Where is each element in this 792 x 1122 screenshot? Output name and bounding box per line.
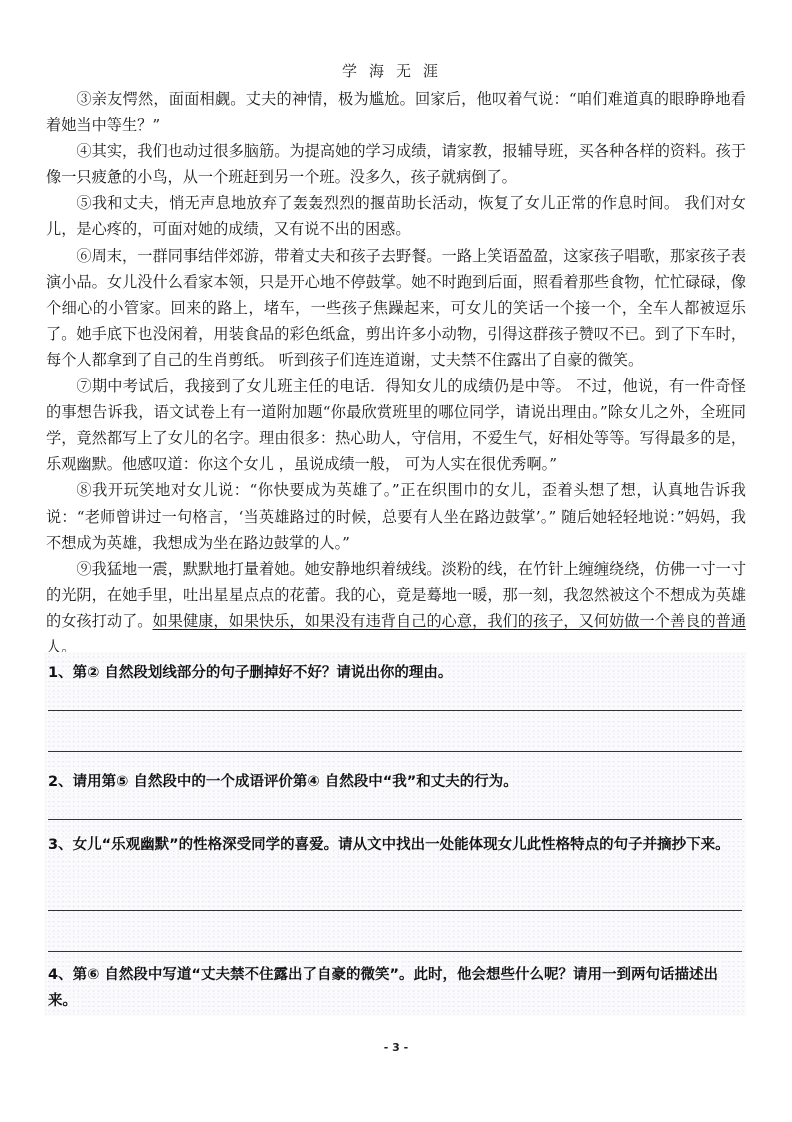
page-header-title: 学海无涯 xyxy=(0,60,792,81)
paragraph-5: ⑤我和丈夫，悄无声息地放弃了轰轰烈烈的揠苗助长活动，恢复了女儿正常的作息时间。 … xyxy=(46,190,746,242)
paragraph-4: ④其实，我们也动过很多脑筋。为提高她的学习成绩，请家教，报辅导班，买各种各样的资… xyxy=(46,138,746,190)
paragraph-6: ⑥周末，一群同事结伴郊游，带着丈夫和孩子去野餐。一路上笑语盈盈，这家孩子唱歌，那… xyxy=(46,243,746,373)
paragraph-8: ⑧我开玩笑地对女儿说：“你快要成为英雄了。”正在织围巾的女儿，歪着头想了想，认真… xyxy=(46,477,746,555)
questions-section: 1、第② 自然段划线部分的句子删掉好不好？请说出你的理由。 2、请用第⑤ 自然段… xyxy=(44,652,746,1016)
answer-line-3a[interactable] xyxy=(48,910,742,911)
answer-line-1a[interactable] xyxy=(48,710,742,711)
paragraph-7: ⑦期中考试后，我接到了女儿班主任的电话．得知女儿的成绩仍是中等。 不过，他说，有… xyxy=(46,373,746,477)
answer-line-3b[interactable] xyxy=(48,951,742,952)
reading-passage: ③亲友愕然，面面相觑。丈夫的神情，极为尴尬。回家后，他叹着气说：“咱们难道真的眼… xyxy=(46,86,746,660)
page-number: - 3 - xyxy=(0,1041,792,1054)
question-1: 1、第② 自然段划线部分的句子删掉好不好？请说出你的理由。 xyxy=(48,660,744,686)
paragraph-9: ⑨我猛地一震，默默地打量着她。她安静地织着绒线。淡粉的线，在竹针上缠缠绕绕，仿佛… xyxy=(46,556,746,660)
paragraph-3: ③亲友愕然，面面相觑。丈夫的神情，极为尴尬。回家后，他叹着气说：“咱们难道真的眼… xyxy=(46,86,746,138)
answer-line-1b[interactable] xyxy=(48,751,742,752)
question-4: 4、第⑥ 自然段中写道“丈夫禁不住露出了自豪的微笑”。此时，他会想些什么呢？请用… xyxy=(48,962,744,1014)
answer-line-2[interactable] xyxy=(48,819,742,820)
question-2: 2、请用第⑤ 自然段中的一个成语评价第④ 自然段中“我”和丈夫的行为。 xyxy=(48,769,744,795)
question-3: 3、女儿“乐观幽默”的性格深受同学的喜爱。请从文中找出一处能体现女儿此性格特点的… xyxy=(48,832,744,858)
